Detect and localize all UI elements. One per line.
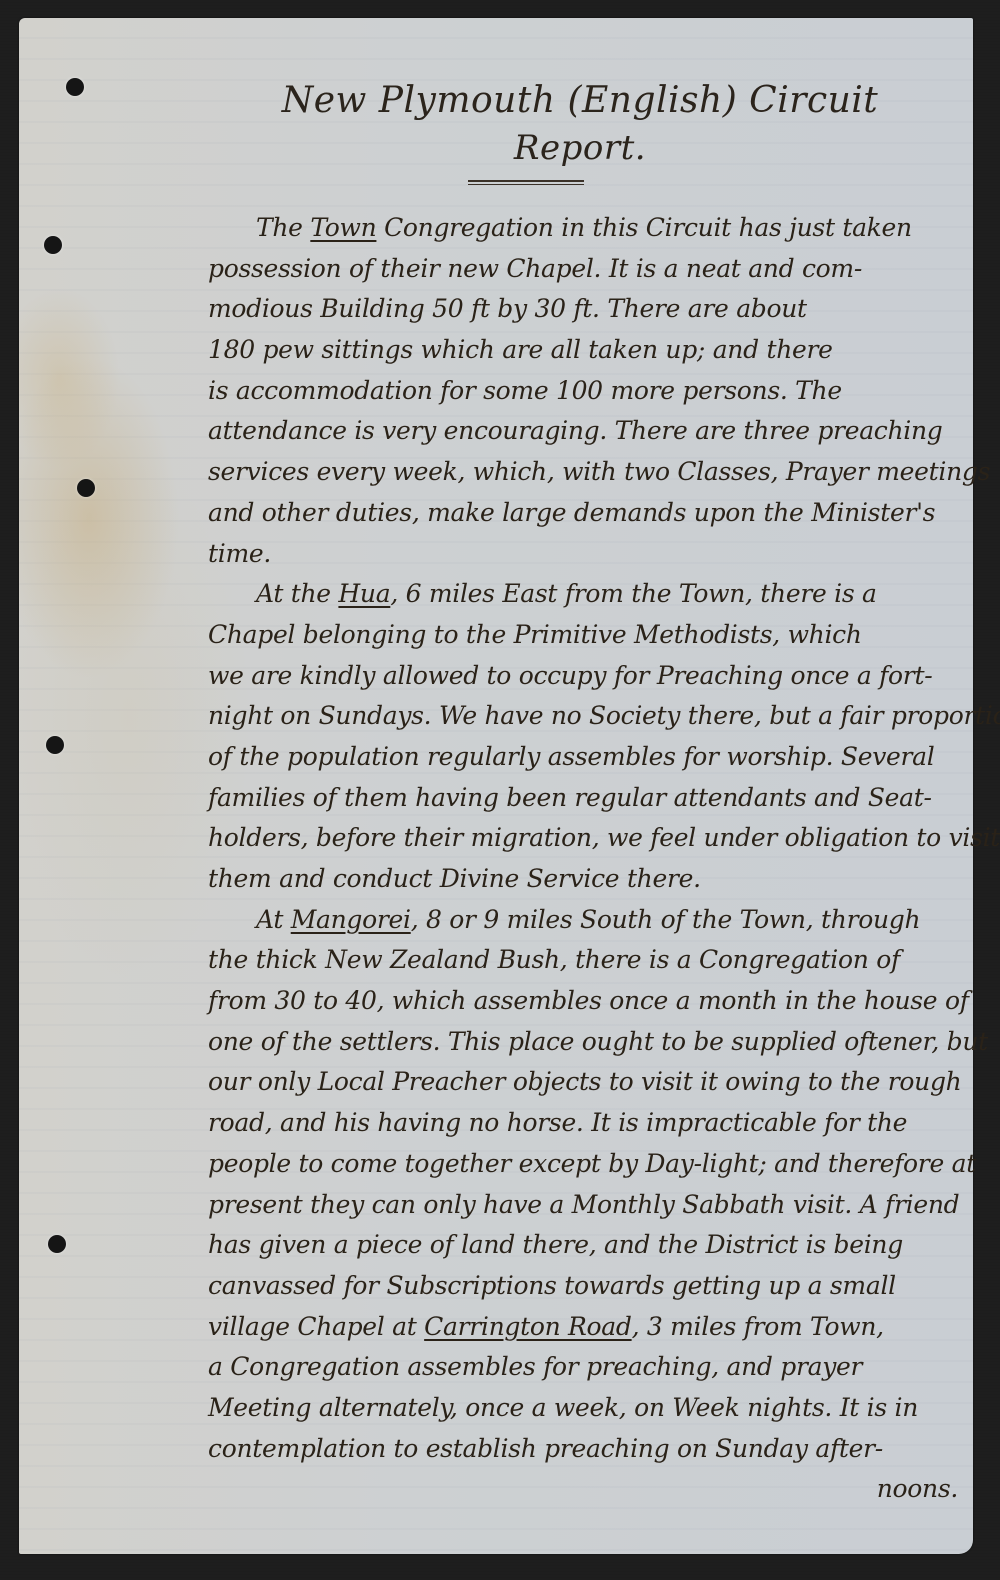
document-subtitle: Report. (380, 128, 780, 168)
text-span: our only Local Preacher objects to visit… (208, 1067, 961, 1096)
text-span: , 8 or 9 miles South of the Town, throug… (411, 905, 921, 934)
text-span: At the (256, 579, 338, 608)
text-span: present they can only have a Monthly Sab… (208, 1190, 959, 1219)
text-span: village Chapel at (208, 1312, 424, 1341)
underlined-place-name: Town (310, 213, 376, 242)
text-line: one of the settlers. This place ought to… (208, 1022, 978, 1063)
title-double-rule (468, 180, 584, 185)
text-line: services every week, which, with two Cla… (208, 452, 978, 493)
text-line: village Chapel at Carrington Road, 3 mil… (208, 1307, 978, 1348)
text-span: 180 pew sittings which are all taken up;… (208, 335, 833, 364)
text-line: At the Hua, 6 miles East from the Town, … (208, 574, 978, 615)
text-span: a Congregation assembles for preaching, … (208, 1352, 862, 1381)
text-line: our only Local Preacher objects to visit… (208, 1062, 978, 1103)
text-span: services every week, which, with two Cla… (208, 457, 990, 486)
underlined-place-name: Carrington Road (424, 1312, 631, 1341)
text-line: time. (208, 534, 978, 575)
text-line: holders, before their migration, we feel… (208, 818, 978, 859)
text-line: them and conduct Divine Service there. (208, 859, 978, 900)
text-span: The (256, 213, 310, 242)
text-span: from 30 to 40, which assembles once a mo… (208, 986, 969, 1015)
text-span: we are kindly allowed to occupy for Prea… (208, 661, 932, 690)
text-line: attendance is very encouraging. There ar… (208, 411, 978, 452)
text-line: families of them having been regular att… (208, 778, 978, 819)
text-span: people to come together except by Day-li… (208, 1149, 976, 1178)
punch-hole (48, 1235, 66, 1253)
text-span: families of them having been regular att… (208, 783, 932, 812)
text-line: noons. (208, 1469, 978, 1510)
text-line: possession of their new Chapel. It is a … (208, 249, 978, 290)
document-title: New Plymouth (English) Circuit (200, 80, 960, 121)
text-span: Chapel belonging to the Primitive Method… (208, 620, 862, 649)
text-span: contemplation to establish preaching on … (208, 1434, 883, 1463)
text-line: canvassed for Subscriptions towards gett… (208, 1266, 978, 1307)
text-span: noons. (877, 1474, 958, 1503)
text-line: a Congregation assembles for preaching, … (208, 1347, 978, 1388)
punch-hole (46, 736, 64, 754)
text-span: is accommodation for some 100 more perso… (208, 376, 842, 405)
text-span: has given a piece of land there, and the… (208, 1230, 903, 1259)
text-span: modious Building 50 ft by 30 ft. There a… (208, 294, 807, 323)
text-line: road, and his having no horse. It is imp… (208, 1103, 978, 1144)
text-line: contemplation to establish preaching on … (208, 1429, 978, 1470)
punch-hole (44, 236, 62, 254)
text-line: modious Building 50 ft by 30 ft. There a… (208, 289, 978, 330)
text-line: and other duties, make large demands upo… (208, 493, 978, 534)
punch-hole (66, 78, 84, 96)
text-line: night on Sundays. We have no Society the… (208, 696, 978, 737)
underlined-place-name: Mangorei (291, 905, 411, 934)
text-span: them and conduct Divine Service there. (208, 864, 701, 893)
text-line: from 30 to 40, which assembles once a mo… (208, 981, 978, 1022)
text-line: we are kindly allowed to occupy for Prea… (208, 656, 978, 697)
text-span: At (256, 905, 291, 934)
punch-hole (77, 479, 95, 497)
report-body: The Town Congregation in this Circuit ha… (208, 208, 978, 1510)
text-span: attendance is very encouraging. There ar… (208, 416, 943, 445)
text-span: Congregation in this Circuit has just ta… (376, 213, 911, 242)
text-span: possession of their new Chapel. It is a … (208, 254, 862, 283)
text-span: and other duties, make large demands upo… (208, 498, 935, 527)
text-line: people to come together except by Day-li… (208, 1144, 978, 1185)
underlined-place-name: Hua (338, 579, 390, 608)
text-line: present they can only have a Monthly Sab… (208, 1185, 978, 1226)
text-span: canvassed for Subscriptions towards gett… (208, 1271, 896, 1300)
text-span: of the population regularly assembles fo… (208, 742, 934, 771)
text-span: night on Sundays. We have no Society the… (208, 701, 1000, 730)
text-span: road, and his having no horse. It is imp… (208, 1108, 907, 1137)
text-line: the thick New Zealand Bush, there is a C… (208, 940, 978, 981)
text-line: Meeting alternately, once a week, on Wee… (208, 1388, 978, 1429)
text-line: is accommodation for some 100 more perso… (208, 371, 978, 412)
text-span: the thick New Zealand Bush, there is a C… (208, 945, 900, 974)
text-span: , 6 miles East from the Town, there is a (390, 579, 876, 608)
text-line: has given a piece of land there, and the… (208, 1225, 978, 1266)
text-span: holders, before their migration, we feel… (208, 823, 1000, 852)
text-span: time. (208, 539, 271, 568)
text-span: one of the settlers. This place ought to… (208, 1027, 988, 1056)
text-line: of the population regularly assembles fo… (208, 737, 978, 778)
text-line: At Mangorei, 8 or 9 miles South of the T… (208, 900, 978, 941)
text-line: 180 pew sittings which are all taken up;… (208, 330, 978, 371)
text-span: , 3 miles from Town, (632, 1312, 884, 1341)
text-line: Chapel belonging to the Primitive Method… (208, 615, 978, 656)
text-span: Meeting alternately, once a week, on Wee… (208, 1393, 918, 1422)
text-line: The Town Congregation in this Circuit ha… (208, 208, 978, 249)
